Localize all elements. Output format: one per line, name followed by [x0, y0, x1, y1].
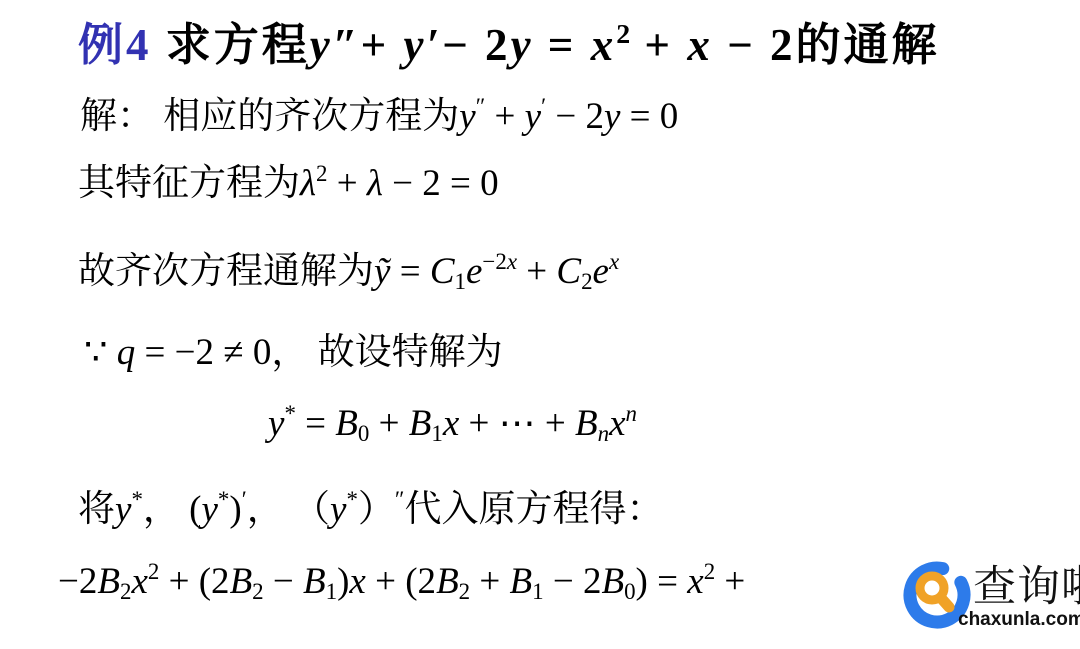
math-token: x	[443, 403, 459, 444]
math-token: + (2	[159, 561, 229, 602]
math-token: 2	[459, 579, 470, 604]
math-token: +	[485, 96, 524, 137]
math-token: + (2	[366, 561, 436, 602]
solution-step-since-q: ∵ q = −2 ≠ 0， 故设特解为	[84, 331, 503, 375]
math-token: 2	[148, 559, 159, 584]
math-token: x	[349, 561, 365, 602]
math-token: 例4	[78, 20, 152, 70]
math-token: −2	[482, 249, 506, 274]
formula-particular-solution: y* = B0 + B1x + ⋯ + Bnxn	[268, 402, 637, 446]
watermark-brand-text: 查询啦	[973, 553, 1080, 614]
math-token: 1	[532, 579, 543, 604]
math-token: = −2 ≠ 0， 故设特解为	[135, 332, 502, 373]
formula-resulting-equation: −2B2x2 + (2B2 − B1)x + (2B2 + B1 − 2B0) …	[58, 560, 745, 604]
math-token: ， （	[247, 489, 330, 530]
math-token: =	[390, 251, 429, 292]
math-token: +	[369, 403, 408, 444]
math-token: 解： 相应的齐次方程为	[80, 96, 459, 137]
math-token: ∵	[84, 332, 117, 373]
math-token: B	[436, 561, 459, 602]
solution-step-homogeneous: 解： 相应的齐次方程为y″ + y′ − 2y = 0	[80, 95, 678, 139]
math-token: 的通解	[795, 20, 939, 70]
math-token: y	[268, 403, 284, 444]
math-token: B	[303, 561, 326, 602]
math-token: n	[626, 401, 637, 426]
math-token: B	[510, 561, 533, 602]
math-token: λ	[367, 163, 383, 204]
math-token: *	[284, 401, 295, 426]
math-token: −2	[58, 561, 97, 602]
math-token: 2	[316, 161, 327, 186]
math-token: *	[218, 487, 229, 512]
math-token: = 0	[620, 96, 678, 137]
math-token: y	[511, 20, 534, 70]
math-token: 将	[78, 489, 115, 530]
math-token: 其特征方程为	[78, 163, 300, 204]
math-token: y″	[310, 20, 361, 70]
watermark-domain-text: chaxunla.com	[958, 609, 1080, 631]
math-token: x	[507, 249, 517, 274]
solution-step-substitute: 将y*， (y*)′， （y*）″代入原方程得：	[78, 488, 663, 532]
math-token: 2	[581, 269, 592, 294]
math-token: ）	[358, 489, 395, 530]
math-token: +	[361, 20, 404, 70]
math-token: *	[346, 487, 357, 512]
math-token: y	[115, 489, 131, 530]
math-token: C	[556, 251, 581, 292]
math-token: )	[229, 489, 241, 530]
math-token: −	[264, 561, 303, 602]
math-token: y	[330, 489, 346, 530]
math-token: y	[604, 96, 620, 137]
math-token: x	[591, 20, 617, 70]
math-token: )	[337, 561, 349, 602]
math-token: y	[201, 489, 217, 530]
math-token: +	[328, 163, 367, 204]
math-token: y′	[404, 20, 443, 70]
math-token: ′	[242, 487, 247, 512]
math-token: 0	[624, 579, 635, 604]
math-token: 故齐次方程通解为	[78, 251, 374, 292]
math-token: 1	[431, 421, 442, 446]
math-token: 1	[326, 579, 337, 604]
math-token: x	[609, 403, 625, 444]
math-token: ″	[476, 94, 486, 119]
math-token: =	[296, 403, 335, 444]
math-token: − 2	[713, 20, 796, 70]
math-token: e	[466, 251, 482, 292]
math-token: − 2	[544, 561, 602, 602]
math-token: − 2 = 0	[383, 163, 499, 204]
math-token: B	[601, 561, 624, 602]
math-token: 代入原方程得：	[404, 489, 663, 530]
solution-step-general-solution: 故齐次方程通解为ỹ = C1e−2x + C2ex	[78, 250, 619, 294]
math-token: B	[230, 561, 253, 602]
lecture-slide: 例4 求方程y″+ y′− 2y = x2 + x − 2的通解 解： 相应的齐…	[0, 0, 1080, 649]
math-token: 1	[455, 269, 466, 294]
math-token: y	[459, 96, 475, 137]
watermark: 查询啦 chaxunla.com	[901, 557, 1080, 645]
math-token: λ	[300, 163, 316, 204]
math-token: +	[517, 251, 556, 292]
math-token: ″	[395, 487, 405, 512]
math-token: 2	[252, 579, 263, 604]
math-token: + ⋯ +	[459, 403, 575, 444]
math-token: 0	[358, 421, 369, 446]
math-token: =	[534, 20, 591, 70]
math-token: ) =	[636, 561, 688, 602]
math-token: +	[715, 561, 745, 602]
math-token: y	[525, 96, 541, 137]
math-token: x	[687, 20, 713, 70]
math-token: q	[117, 332, 136, 373]
math-token: ′	[541, 94, 546, 119]
math-token: 2	[704, 559, 715, 584]
math-token: − 2	[442, 20, 510, 70]
math-token: 2	[616, 19, 630, 50]
math-token: *	[131, 487, 142, 512]
math-token: x	[609, 249, 619, 274]
math-token: B	[409, 403, 432, 444]
math-token: ỹ	[374, 251, 390, 292]
math-token: B	[97, 561, 120, 602]
math-token: 求方程	[152, 20, 310, 70]
math-token: C	[430, 251, 455, 292]
math-token: x	[131, 561, 147, 602]
solution-step-characteristic: 其特征方程为λ2 + λ − 2 = 0	[78, 162, 499, 206]
math-token: +	[470, 561, 509, 602]
math-token: x	[687, 561, 703, 602]
math-token: B	[575, 403, 598, 444]
example-title-line: 例4 求方程y″+ y′− 2y = x2 + x − 2的通解	[78, 18, 939, 72]
math-token: 2	[120, 579, 131, 604]
math-token: n	[598, 421, 609, 446]
math-token: +	[630, 20, 687, 70]
math-token: e	[593, 251, 609, 292]
math-token: B	[335, 403, 358, 444]
math-token: − 2	[546, 96, 604, 137]
math-token: ， (	[143, 489, 202, 530]
